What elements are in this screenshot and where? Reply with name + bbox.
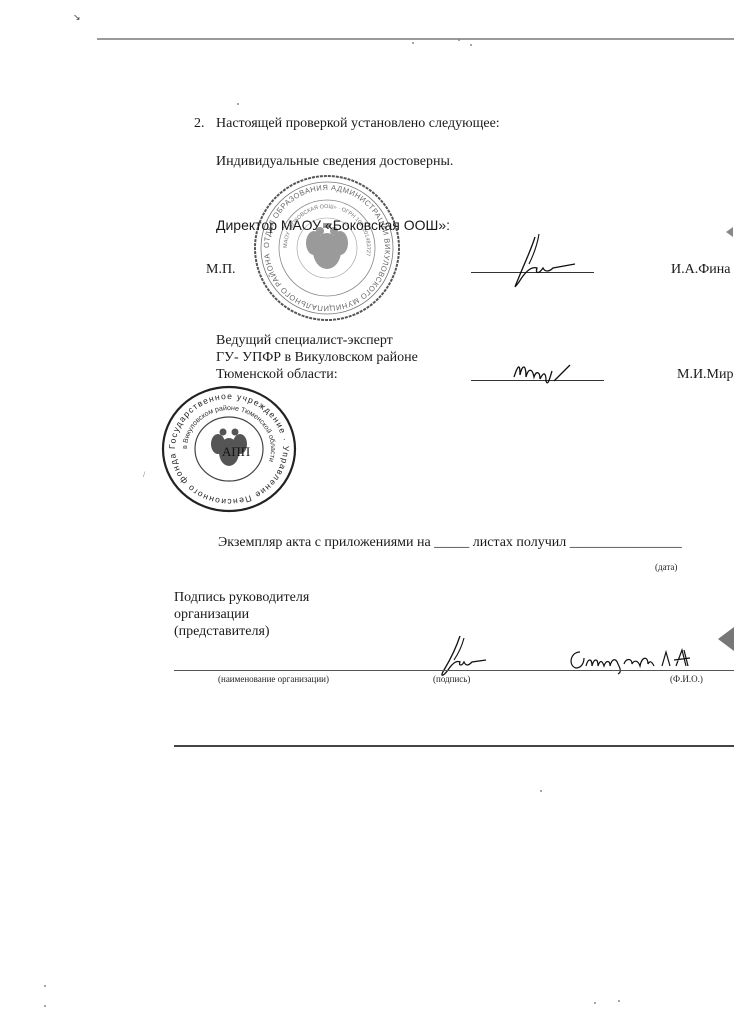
scan-speck	[594, 1002, 596, 1004]
scan-speck	[237, 103, 239, 105]
caption-org-name: (наименование организации)	[218, 674, 329, 684]
specialist-line-3: Тюменской области:	[216, 367, 338, 383]
school-seal-stamp: ОТДЕЛ ОБРАЗОВАНИЯ АДМИНИСТРАЦИИ ВИКУЛОВС…	[252, 173, 402, 323]
handwritten-fio	[566, 646, 716, 676]
date-caption: (дата)	[655, 562, 677, 572]
head-signature-label-1: Подпись руководителя	[174, 590, 309, 606]
scan-speck	[412, 42, 414, 44]
scan-mark: ↘	[73, 12, 81, 23]
scan-speck	[44, 1005, 46, 1007]
scan-mark: /	[143, 470, 145, 479]
scan-speck	[470, 44, 472, 46]
copy-received-text: Экземпляр акта с приложениями на _____ л…	[218, 535, 682, 551]
item-text: Настоящей проверкой установлено следующе…	[216, 116, 500, 132]
director-name: И.А.Фина	[671, 262, 730, 278]
caption-fio: (Ф.И.О.)	[670, 674, 703, 684]
director-signature	[505, 232, 580, 292]
scan-edge-marker	[718, 627, 734, 651]
scan-speck	[618, 1000, 620, 1002]
specialist-line-2: ГУ- УПФР в Викуловском районе	[216, 350, 418, 366]
scan-speck	[458, 39, 460, 41]
specialist-line-1: Ведущий специалист-эксперт	[216, 333, 393, 349]
org-signature-line	[174, 670, 734, 671]
scan-speck	[44, 985, 46, 987]
bottom-rule	[174, 745, 734, 747]
scan-speck	[540, 790, 542, 792]
head-signature-label-3: (представителя)	[174, 624, 270, 640]
head-signature-label-2: организации	[174, 607, 249, 623]
director-label: Директор МАОУ «Боковская ООШ»:	[216, 217, 450, 233]
pfr-stamp-center: АПП	[222, 444, 250, 459]
top-rule	[97, 38, 734, 40]
item-number: 2.	[194, 116, 205, 132]
pfr-seal-stamp: Государственное учреждение · Управление …	[160, 384, 298, 514]
caption-signature: (подпись)	[433, 674, 470, 684]
head-signature	[434, 634, 494, 678]
scan-edge-marker	[726, 227, 733, 237]
finding-text: Индивидуальные сведения достоверны.	[216, 154, 453, 170]
mp-label: М.П.	[206, 262, 236, 278]
specialist-signature	[510, 357, 580, 387]
specialist-name: М.И.Мир	[677, 367, 734, 383]
